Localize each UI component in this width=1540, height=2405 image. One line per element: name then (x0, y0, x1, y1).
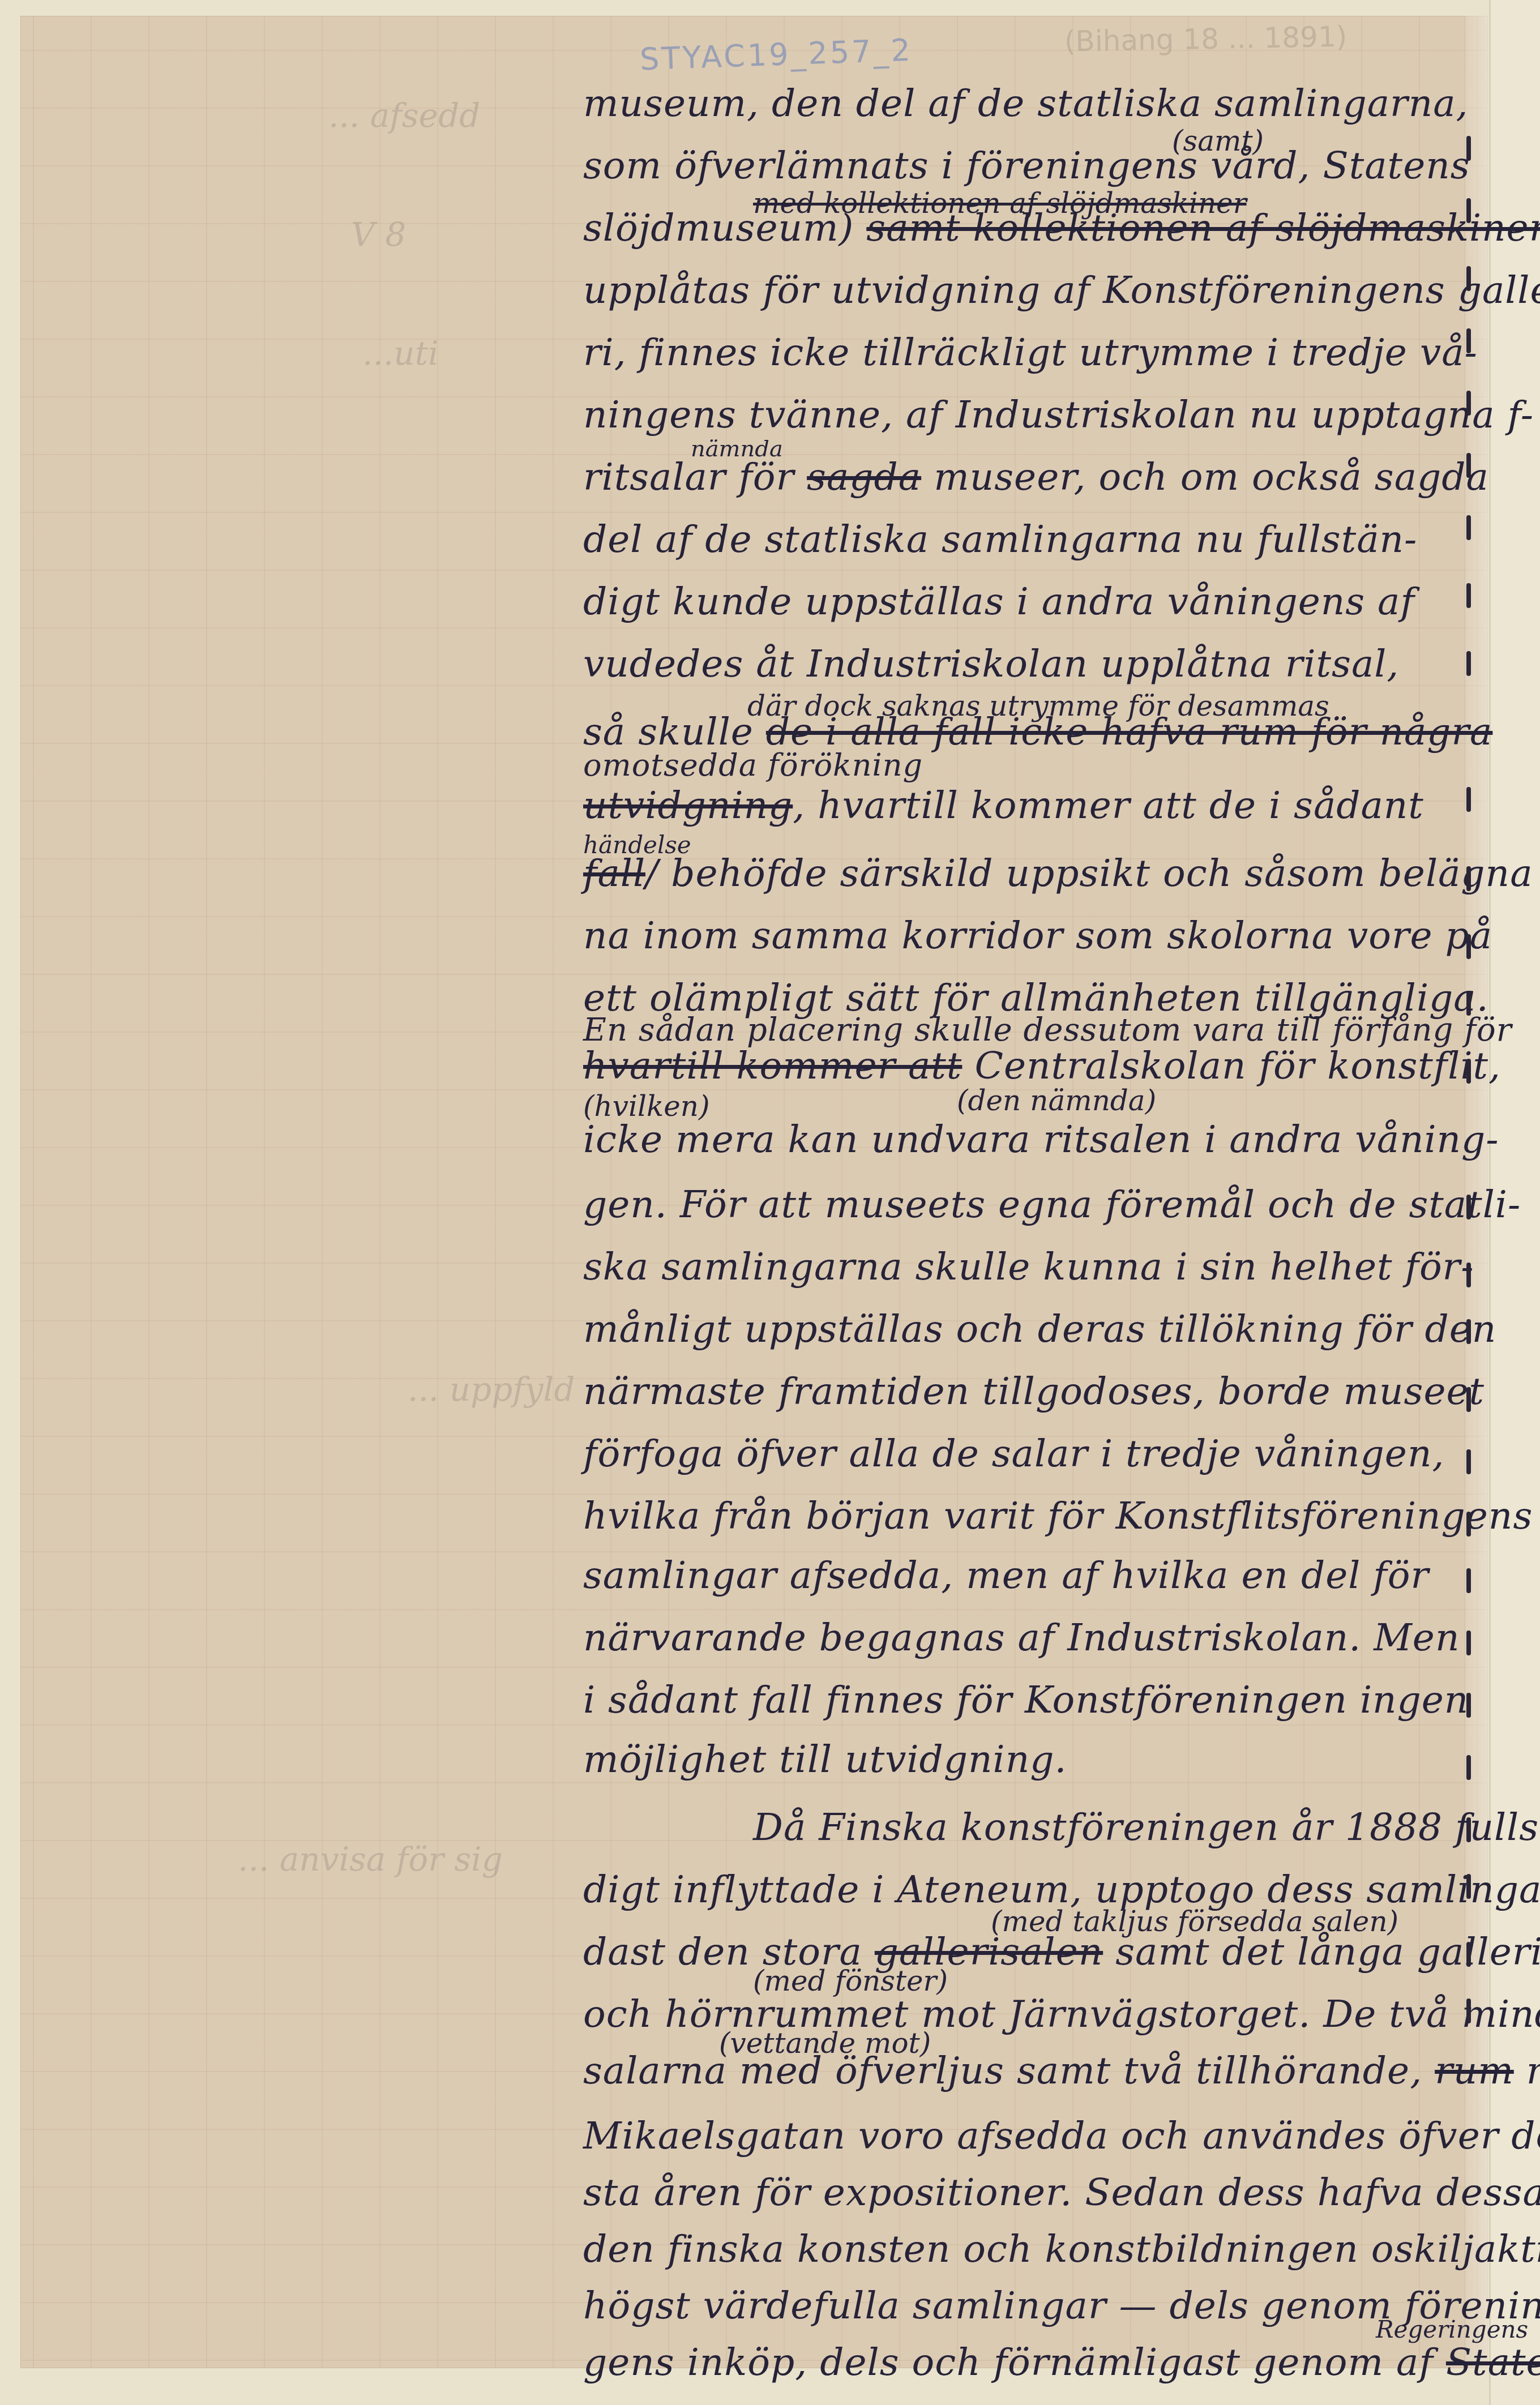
text-line: möjlighet till utvidgning. (583, 1741, 1067, 1778)
text-line: vudedes åt Industriskolan upplåtna ritsa… (583, 645, 1399, 683)
text-line: na inom samma korridor som skolorna vore… (583, 917, 1492, 955)
deleted-text: sagda (807, 455, 921, 499)
insertion-note: med takljus försedda salen (991, 1905, 1398, 1938)
insertion-note: nämnda (691, 436, 783, 462)
text-line: Då Finska konstföreningen år 1888 fullst… (753, 1809, 1540, 1846)
deleted-text: hvartill kommer att (583, 1044, 962, 1088)
insertion-note: vettande mot (719, 2027, 931, 2060)
text-line: dast den stora gallerisalen samt det lån… (583, 1933, 1540, 1971)
text-line: ri, finnes icke tillräckligt utrymme i t… (583, 334, 1478, 371)
text-line: hvilka från början varit för Konstflitsf… (583, 1497, 1533, 1535)
deleted-text: Staten (1446, 2340, 1540, 2384)
insertion-note: där dock saknas utrymme för desammas (747, 690, 1329, 722)
margin-ghost-note: V 8 (351, 215, 406, 254)
adjacent-page-ink-edge (1466, 85, 1483, 2066)
text-line: fall/ behöfde särskild uppsikt och såsom… (583, 855, 1533, 892)
text-line: museum, den del af de statliska samlinga… (583, 85, 1468, 122)
text-line: som öfverlämnats i föreningens vård, Sta… (583, 147, 1470, 185)
margin-ghost-note: ... uppfyld (408, 1370, 575, 1409)
text-line: gen. För att museets egna föremål och de… (583, 1186, 1521, 1223)
deleted-text: utvidgning (583, 784, 793, 827)
insertion-note: Regeringens (1376, 2316, 1528, 2343)
insertion-note: med fönster (753, 1965, 948, 1997)
text-line: En sådan placering skulle dessutom vara … (583, 1015, 1512, 1046)
text-line: närmaste framtiden tillgodoses, borde mu… (583, 1373, 1485, 1410)
insertion-note: samt (1172, 125, 1264, 157)
text-line: närvarande begagnas af Industriskolan. M… (583, 1619, 1460, 1657)
text-line: i sådant fall finnes för Konstföreningen… (583, 1681, 1469, 1719)
text-line: digt kunde uppställas i andra våningens … (583, 583, 1415, 620)
text-line: digt inflyttade i Ateneum, upptogo dess … (583, 1871, 1540, 1908)
text-line: ska samlingarna skulle kunna i sin helhe… (583, 1248, 1474, 1286)
insertion-note: händelse (583, 831, 691, 859)
margin-ghost-note: ...uti (362, 334, 439, 373)
text-line: gens inköp, dels och förnämligast genom … (583, 2344, 1540, 2381)
text-line: utvidgning, hvartill kommer att de i såd… (583, 787, 1424, 824)
margin-ghost-note: ... afsedd (328, 96, 480, 135)
insertion-note: den nämnda (957, 1084, 1156, 1117)
text-line: ningens tvänne, af Industriskolan nu upp… (583, 396, 1534, 434)
insertion-note: hvilken (583, 1090, 710, 1123)
text-line: Mikaelsgatan voro afsedda och användes ö… (583, 2117, 1540, 2155)
text-line: samlingar afsedda, men af hvilka en del … (583, 1557, 1429, 1594)
text-line: icke mera kan undvara ritsalen i andra v… (583, 1121, 1499, 1158)
text-line: omotsedda förökning (583, 750, 923, 781)
text-line: den finska konsten och konstbildningen o… (583, 2231, 1540, 2268)
text-line: hvartill kommer att Centralskolan för ko… (583, 1047, 1501, 1085)
text-line: sta åren för expositioner. Sedan dess ha… (583, 2174, 1540, 2211)
margin-ghost-note: ... anvisa för sig (238, 1840, 503, 1878)
text-line: upplåtas för utvidgning af Konstförening… (583, 272, 1540, 309)
text-line: månligt uppställas och deras tillökning … (583, 1311, 1496, 1348)
text-line: ritsalar för sagda museer, och om också … (583, 459, 1489, 496)
text-line: förfoga öfver alla de salar i tredje vån… (583, 1435, 1444, 1473)
text-line: del af de statliska samlingarna nu fulls… (583, 521, 1417, 558)
insertion-note: med kollektionen af slöjdmaskiner (753, 187, 1247, 220)
faint-pencil-annotation: (Bihang 18 ... 1891) (1064, 20, 1347, 58)
